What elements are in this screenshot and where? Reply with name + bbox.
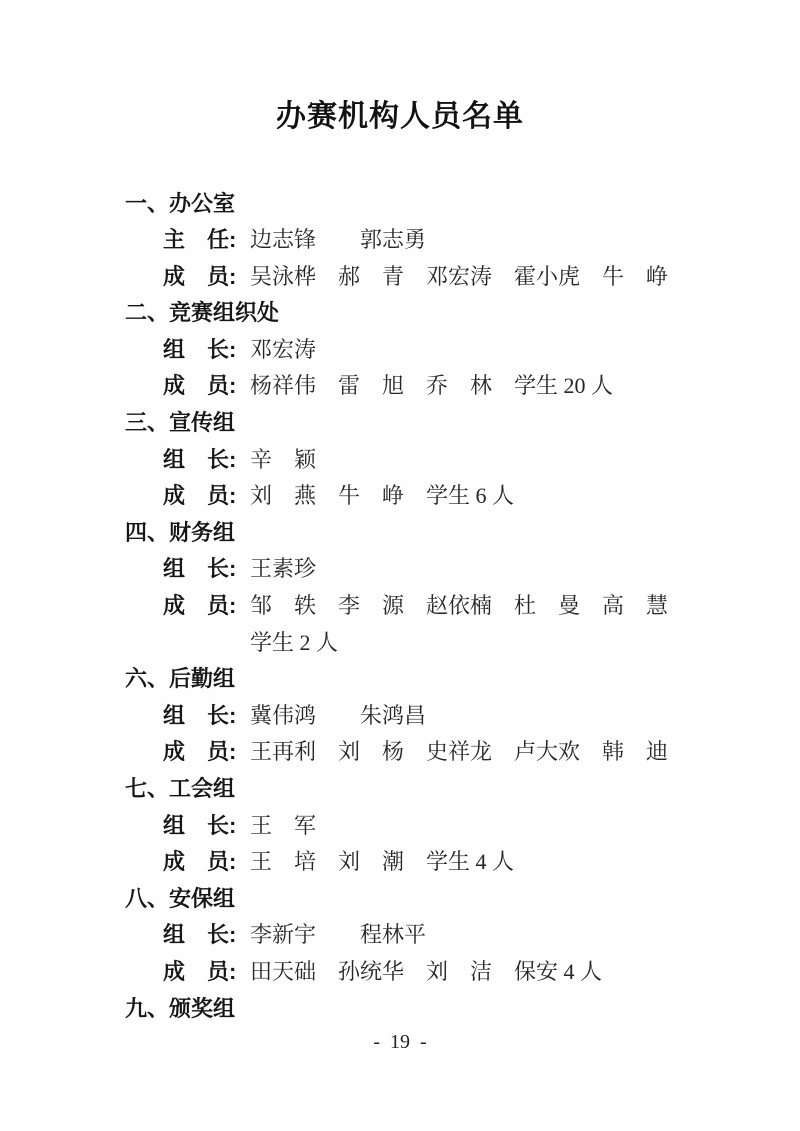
- section-heading: 一、办公室: [125, 186, 675, 223]
- names-text: 邓宏涛: [250, 332, 675, 369]
- section: 四、财务组组 长:王素珍成 员:邹 轶 李 源 赵依楠 杜 曼 高 慧 学生 2…: [125, 515, 675, 661]
- role-label: 主 任:: [163, 222, 250, 259]
- section-heading: 八、安保组: [125, 881, 675, 918]
- role-label: 组 长:: [163, 442, 250, 479]
- role-label: 成 员:: [163, 368, 250, 405]
- personnel-list: 一、办公室主 任:边志锋 郭志勇成 员:吴泳桦 郝 青 邓宏涛 霍小虎 牛 峥二…: [125, 186, 675, 1028]
- role-label: 成 员:: [163, 734, 250, 771]
- personnel-row: 成 员:邹 轶 李 源 赵依楠 杜 曼 高 慧 学生 2 人: [125, 588, 675, 661]
- role-label: 成 员:: [163, 588, 250, 625]
- names-text: 冀伟鸿 朱鸿昌: [250, 698, 675, 735]
- section-heading: 二、竞赛组织处: [125, 295, 675, 332]
- personnel-row: 组 长:辛 颖: [125, 442, 675, 479]
- personnel-row: 主 任:边志锋 郭志勇: [125, 222, 675, 259]
- personnel-row: 成 员:刘 燕 牛 峥 学生 6 人: [125, 478, 675, 515]
- names-text: 边志锋 郭志勇: [250, 222, 675, 259]
- personnel-row: 成 员:杨祥伟 雷 旭 乔 林 学生 20 人: [125, 368, 675, 405]
- section-heading: 四、财务组: [125, 515, 675, 552]
- role-label: 组 长:: [163, 551, 250, 588]
- personnel-row: 组 长:邓宏涛: [125, 332, 675, 369]
- names-text: 李新宇 程林平: [250, 917, 675, 954]
- section: 六、后勤组组 长:冀伟鸿 朱鸿昌成 员:王再利 刘 杨 史祥龙 卢大欢 韩 迪: [125, 661, 675, 771]
- role-label: 组 长:: [163, 808, 250, 845]
- names-text: 王 军: [250, 808, 675, 845]
- names-text: 杨祥伟 雷 旭 乔 林 学生 20 人: [250, 368, 675, 405]
- section-heading: 九、颁奖组: [125, 991, 675, 1028]
- role-label: 成 员:: [163, 954, 250, 991]
- names-text: 王再利 刘 杨 史祥龙 卢大欢 韩 迪: [250, 734, 675, 771]
- section: 三、宣传组组 长:辛 颖成 员:刘 燕 牛 峥 学生 6 人: [125, 405, 675, 515]
- names-text: 辛 颖: [250, 442, 675, 479]
- section-heading: 七、工会组: [125, 771, 675, 808]
- names-text: 吴泳桦 郝 青 邓宏涛 霍小虎 牛 峥: [250, 259, 675, 296]
- names-text: 邹 轶 李 源 赵依楠 杜 曼 高 慧 学生 2 人: [250, 588, 675, 661]
- section: 八、安保组组 长:李新宇 程林平成 员:田天础 孙统华 刘 洁 保安 4 人: [125, 881, 675, 991]
- personnel-row: 组 长:王 军: [125, 808, 675, 845]
- role-label: 成 员:: [163, 478, 250, 515]
- personnel-row: 成 员:吴泳桦 郝 青 邓宏涛 霍小虎 牛 峥: [125, 259, 675, 296]
- personnel-row: 成 员:田天础 孙统华 刘 洁 保安 4 人: [125, 954, 675, 991]
- personnel-row: 组 长:李新宇 程林平: [125, 917, 675, 954]
- section: 七、工会组组 长:王 军成 员:王 培 刘 潮 学生 4 人: [125, 771, 675, 881]
- names-text: 王素珍: [250, 551, 675, 588]
- section-heading: 三、宣传组: [125, 405, 675, 442]
- section: 一、办公室主 任:边志锋 郭志勇成 员:吴泳桦 郝 青 邓宏涛 霍小虎 牛 峥: [125, 186, 675, 296]
- role-label: 组 长:: [163, 332, 250, 369]
- section-heading: 六、后勤组: [125, 661, 675, 698]
- names-text: 田天础 孙统华 刘 洁 保安 4 人: [250, 954, 675, 991]
- personnel-row: 成 员:王再利 刘 杨 史祥龙 卢大欢 韩 迪: [125, 734, 675, 771]
- section: 二、竞赛组织处组 长:邓宏涛成 员:杨祥伟 雷 旭 乔 林 学生 20 人: [125, 295, 675, 405]
- role-label: 成 员:: [163, 844, 250, 881]
- page-number: - 19 -: [0, 1031, 800, 1054]
- names-text: 王 培 刘 潮 学生 4 人: [250, 844, 675, 881]
- role-label: 成 员:: [163, 259, 250, 296]
- role-label: 组 长:: [163, 698, 250, 735]
- personnel-row: 组 长:王素珍: [125, 551, 675, 588]
- page-title: 办赛机构人员名单: [125, 100, 675, 135]
- personnel-row: 成 员:王 培 刘 潮 学生 4 人: [125, 844, 675, 881]
- personnel-row: 组 长:冀伟鸿 朱鸿昌: [125, 698, 675, 735]
- role-label: 组 长:: [163, 917, 250, 954]
- document-page: 办赛机构人员名单 一、办公室主 任:边志锋 郭志勇成 员:吴泳桦 郝 青 邓宏涛…: [0, 0, 800, 1131]
- section: 九、颁奖组: [125, 991, 675, 1028]
- names-text: 刘 燕 牛 峥 学生 6 人: [250, 478, 675, 515]
